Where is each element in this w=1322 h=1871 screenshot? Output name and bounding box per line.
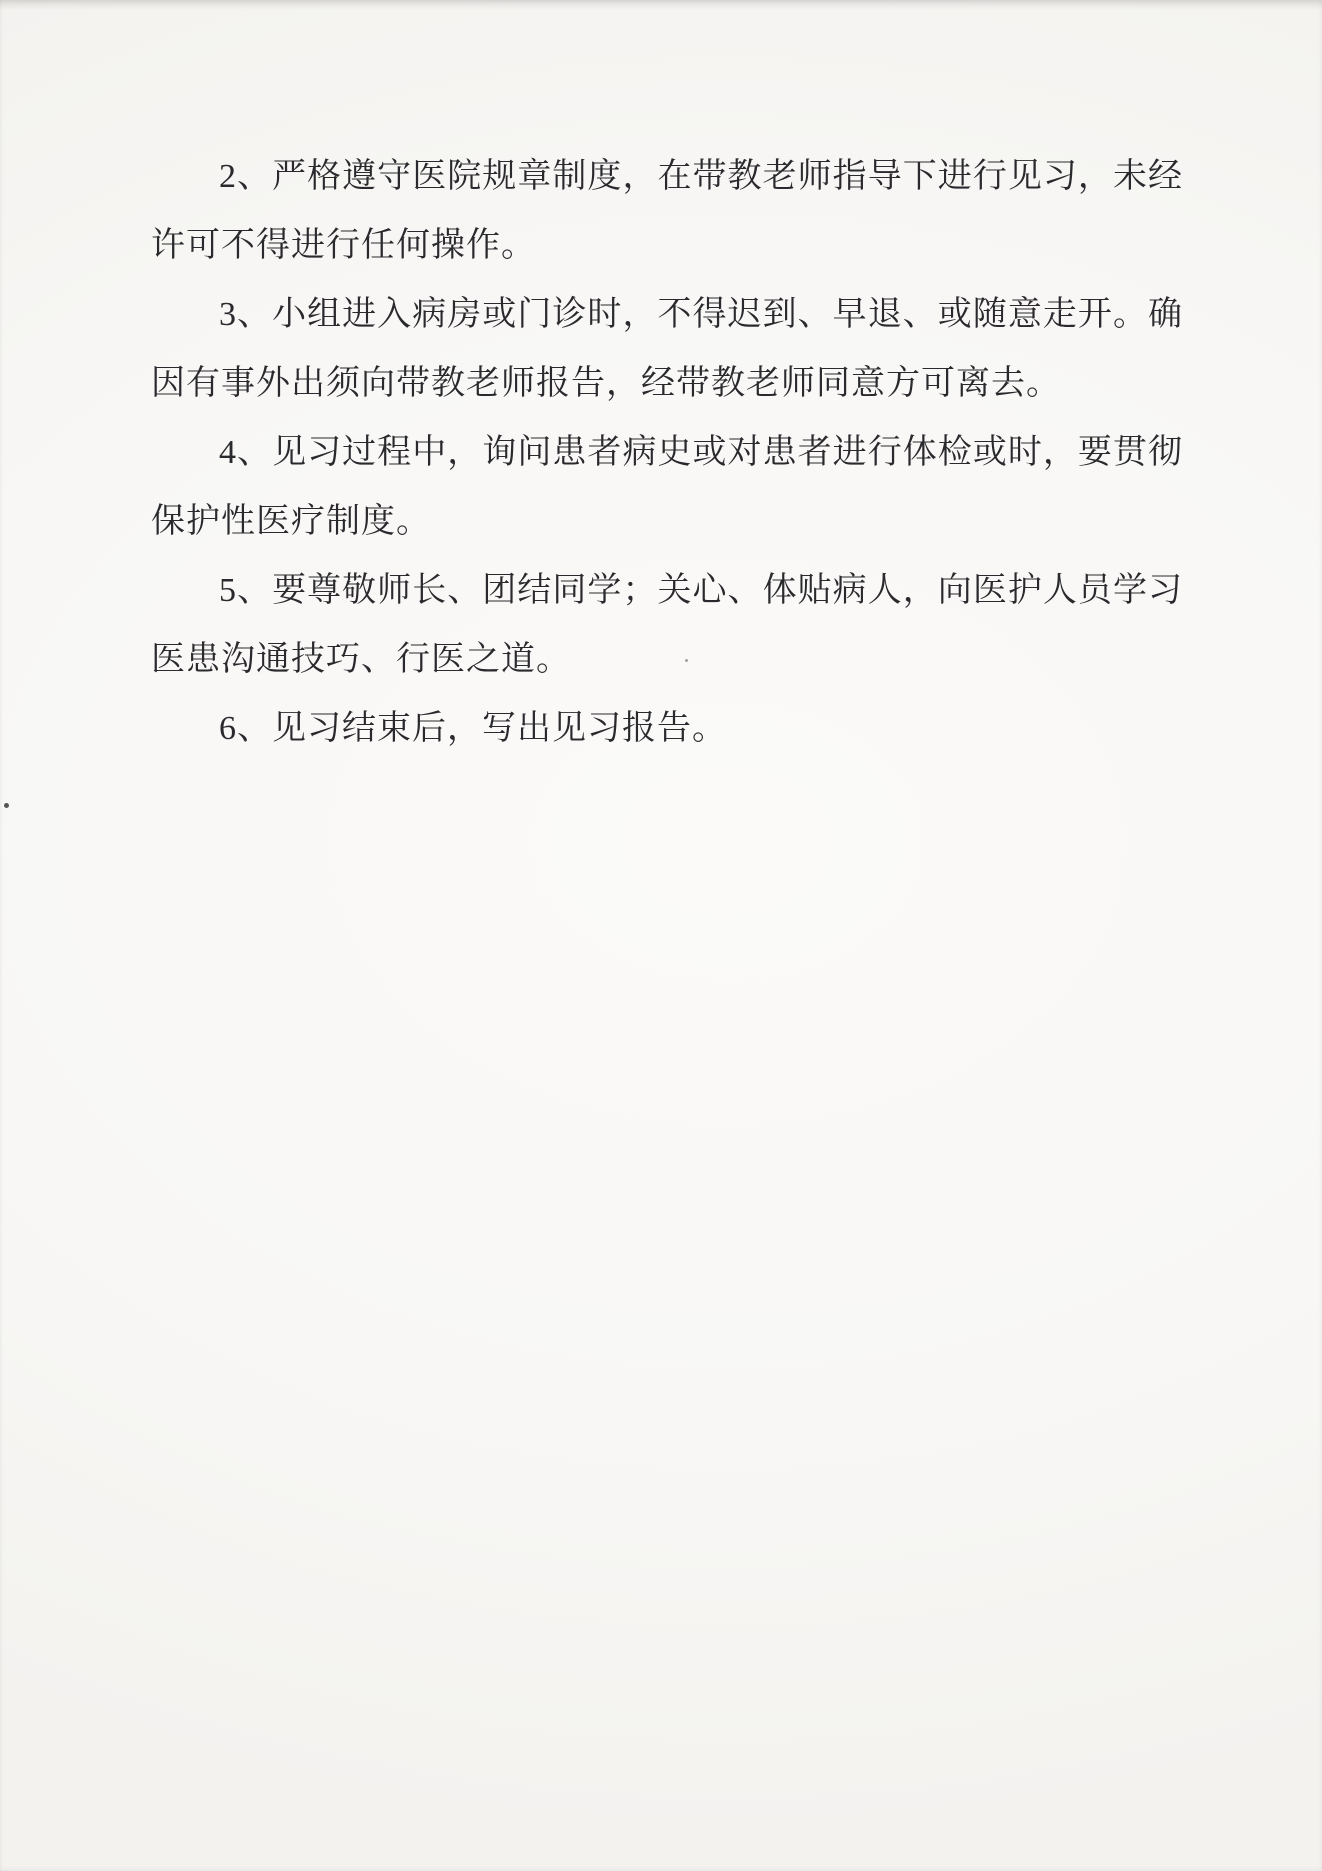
scan-speck-left-margin <box>4 803 9 808</box>
list-item-2: 2、严格遵守医院规章制度，在带教老师指导下进行见习，未经许可不得进行任何操作。 <box>151 142 1183 280</box>
list-item-5: 5、要尊敬师长、团结同学；关心、体贴病人，向医护人员学习医患沟通技巧、行医之道。 <box>151 556 1183 694</box>
list-item-3: 3、小组进入病房或门诊时，不得迟到、早退、或随意走开。确因有事外出须向带教老师报… <box>151 280 1183 418</box>
list-item-6: 6、见习结束后，写出见习报告。 <box>151 694 1183 763</box>
list-item-4: 4、见习过程中，询问患者病史或对患者进行体检或时，要贯彻保护性医疗制度。 <box>151 418 1183 556</box>
document-body: 2、严格遵守医院规章制度，在带教老师指导下进行见习，未经许可不得进行任何操作。 … <box>151 142 1183 763</box>
scan-edge-shadow <box>0 0 1322 10</box>
document-page: 2、严格遵守医院规章制度，在带教老师指导下进行见习，未经许可不得进行任何操作。 … <box>0 0 1322 1871</box>
scan-speck-middle <box>685 659 688 662</box>
